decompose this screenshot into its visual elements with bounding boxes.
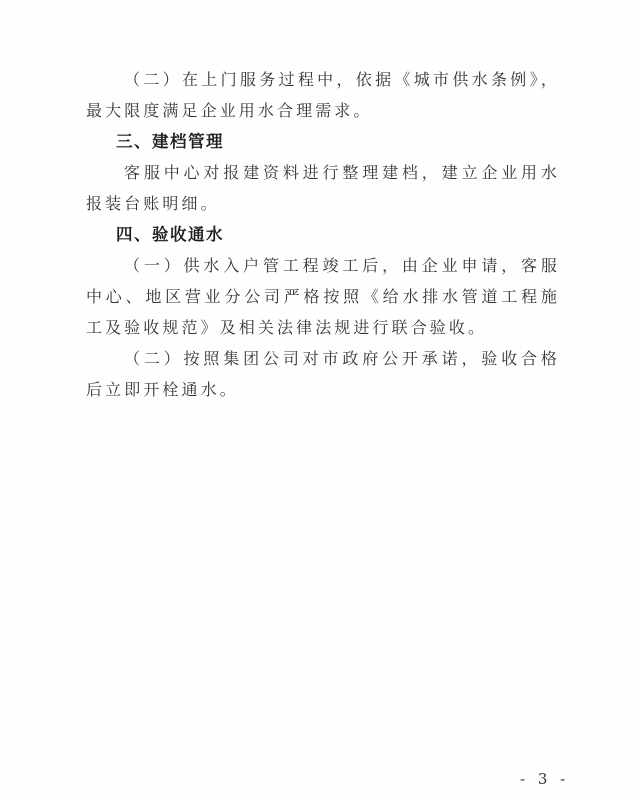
page-number: - 3 -: [520, 770, 569, 788]
paragraph-archiving: 客服中心对报建资料进行整理建档，建立企业用水报装台账明细。: [86, 157, 560, 219]
paragraph-open-water-supply: （二）按照集团公司对市政府公开承诺，验收合格后立即开栓通水。: [86, 343, 560, 405]
paragraph-service-process: （二）在上门服务过程中，依据《城市供水条例》，最大限度满足企业用水合理需求。: [86, 64, 560, 126]
paragraph-joint-acceptance: （一）供水入户管工程竣工后，由企业申请，客服中心、地区营业分公司严格按照《给水排…: [86, 250, 560, 343]
section-heading-acceptance: 四、验收通水: [86, 219, 560, 250]
document-page: （二）在上门服务过程中，依据《城市供水条例》，最大限度满足企业用水合理需求。 三…: [0, 0, 640, 800]
section-heading-archiving: 三、建档管理: [86, 126, 560, 157]
document-body: （二）在上门服务过程中，依据《城市供水条例》，最大限度满足企业用水合理需求。 三…: [86, 64, 560, 405]
